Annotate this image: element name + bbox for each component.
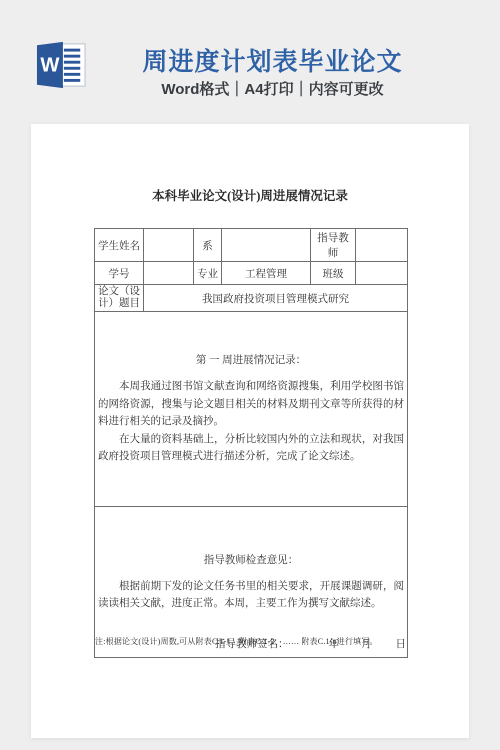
table-footnote: 注:根据论文(设计)周数,可从附表C.1-1、附表C.1-2、…… 附表C.1-… — [95, 636, 449, 647]
major-label: 专业 — [194, 262, 222, 285]
document-title: 本科毕业论文(设计)周进展情况记录 — [31, 186, 469, 204]
week-progress-paragraph-2: 在大量的资料基础上，分析比较国内外的立法和现状，对我国政府投资项目管理模式进行描… — [98, 431, 404, 466]
page-title: 周进度计划表毕业论文 — [45, 42, 500, 78]
week-progress-body: 本周我通过图书馆文献查询和网络资源搜集，利用学校图书馆的网络资源，搜集与论文题目… — [98, 378, 404, 466]
page-subtitle: Word格式｜A4打印｜内容可更改 — [45, 78, 500, 99]
week-progress-cell: 第 一 周进展情况记录： 本周我通过图书馆文献查询和网络资源搜集，利用学校图书馆… — [95, 312, 408, 507]
department-value — [222, 229, 311, 262]
table-row-student-info: 学生姓名 系 指导教师 — [95, 229, 408, 262]
page-background: W 周进度计划表毕业论文 Word格式｜A4打印｜内容可更改 本科毕业论文(设计… — [0, 0, 500, 750]
progress-record-table: 学生姓名 系 指导教师 学号 专业 工程管理 班级 论文（设计）题目 我国政府投… — [94, 228, 408, 658]
table-row-advisor-comments: 指导教师检查意见： 根据前期下发的论文任务书里的相关要求，开展课题调研，阅读读相… — [95, 507, 408, 658]
class-label: 班级 — [311, 262, 356, 285]
student-name-label: 学生姓名 — [95, 229, 144, 262]
class-value — [356, 262, 408, 285]
week-progress-heading: 第 一 周进展情况记录： — [98, 352, 404, 367]
table-row-week-progress: 第 一 周进展情况记录： 本周我通过图书馆文献查询和网络资源搜集，利用学校图书馆… — [95, 312, 408, 507]
advisor-comments-cell: 指导教师检查意见： 根据前期下发的论文任务书里的相关要求，开展课题调研，阅读读相… — [95, 507, 408, 658]
department-label: 系 — [194, 229, 222, 262]
student-name-value — [144, 229, 194, 262]
student-id-value — [144, 262, 194, 285]
document-preview-page: 本科毕业论文(设计)周进展情况记录 学生姓名 系 指导教师 学号 专业 工程管理… — [31, 124, 469, 738]
week-progress-paragraph-1: 本周我通过图书馆文献查询和网络资源搜集，利用学校图书馆的网络资源，搜集与论文题目… — [98, 378, 404, 431]
advisor-comments-body: 根据前期下发的论文任务书里的相关要求，开展课题调研，阅读读相关文献，进度正常。本… — [98, 578, 404, 613]
thesis-topic-label: 论文（设计）题目 — [95, 285, 144, 312]
advisor-label: 指导教师 — [311, 229, 356, 262]
advisor-comments-paragraph: 根据前期下发的论文任务书里的相关要求，开展课题调研，阅读读相关文献，进度正常。本… — [98, 578, 404, 613]
major-value: 工程管理 — [222, 262, 311, 285]
advisor-comments-heading: 指导教师检查意见： — [98, 552, 404, 567]
advisor-value — [356, 229, 408, 262]
table-row-id-info: 学号 专业 工程管理 班级 — [95, 262, 408, 285]
student-id-label: 学号 — [95, 262, 144, 285]
table-row-thesis-topic: 论文（设计）题目 我国政府投资项目管理模式研究 — [95, 285, 408, 312]
thesis-topic-value: 我国政府投资项目管理模式研究 — [144, 285, 408, 312]
